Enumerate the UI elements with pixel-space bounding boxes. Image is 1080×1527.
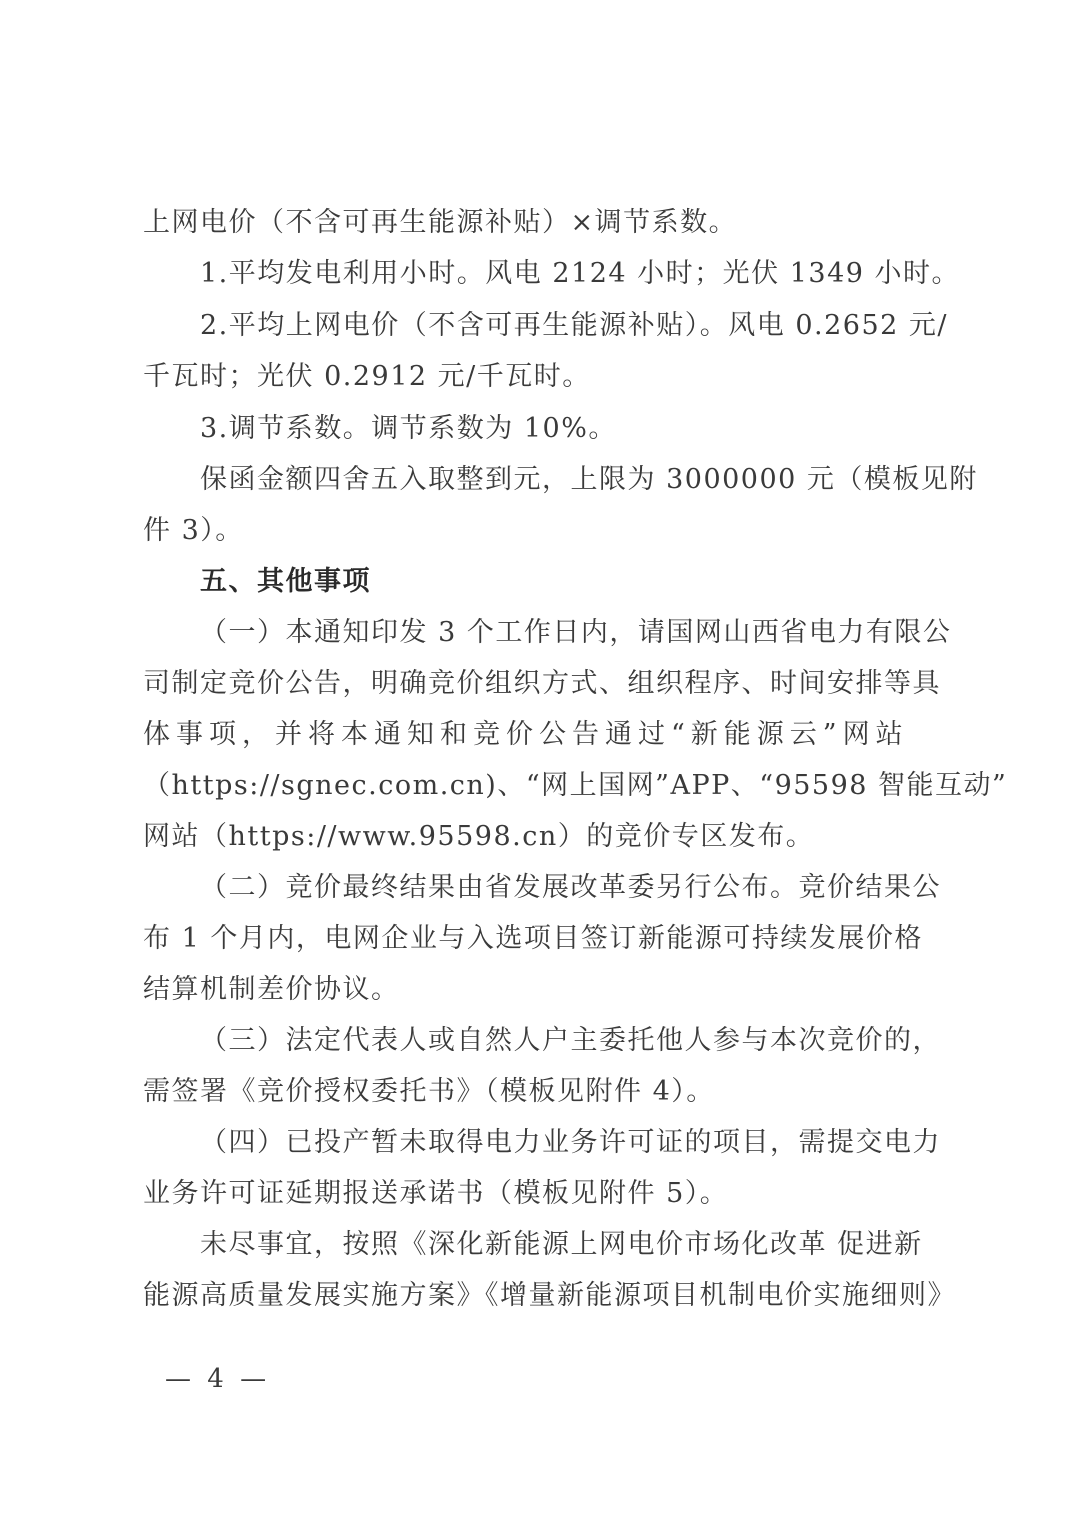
text-line-with-url: 网站（https://www.95598.cn）的竞价专区发布。 [143,819,953,855]
item-1-average-utilization-hours: 1.平均发电利用小时。风电 2124 小时；光伏 1349 小时。 [200,256,1010,292]
clause-1-paragraph: （一）本通知印发 3 个工作日内，请国网山西省电力有限公 [200,615,1010,651]
clause-4-paragraph: （四）已投产暂未取得电力业务许可证的项目，需提交电力 [200,1125,1010,1161]
page-number: — 4 — [165,1362,270,1396]
text-line: 结算机制差价协议。 [143,972,953,1008]
item-2-average-grid-price: 2.平均上网电价（不含可再生能源补贴）。风电 0.2652 元/ [200,308,1010,344]
document-page: 上网电价（不含可再生能源补贴）×调节系数。 1.平均发电利用小时。风电 2124… [0,0,1080,1527]
text-line: 上网电价（不含可再生能源补贴）×调节系数。 [143,205,953,241]
text-line: 能源高质量发展实施方案》《增量新能源项目机制电价实施细则》 [143,1278,953,1314]
text-line: 布 1 个月内，电网企业与入选项目签订新能源可持续发展价格 [143,921,953,957]
text-line: 业务许可证延期报送承诺书（模板见附件 5）。 [143,1176,953,1212]
clause-3-paragraph: （三）法定代表人或自然人户主委托他人参与本次竞价的， [200,1023,1010,1059]
text-line: 体事项，并将本通知和竞价公告通过“新能源云”网站 [143,717,953,753]
text-line: 千瓦时；光伏 0.2912 元/千瓦时。 [143,359,953,395]
text-line-with-url: （https://sgnec.com.cn)、“网上国网”APP、“95598 … [143,768,953,804]
guarantee-amount-paragraph: 保函金额四舍五入取整到元，上限为 3000000 元（模板见附 [200,462,1010,498]
closing-paragraph: 未尽事宜，按照《深化新能源上网电价市场化改革 促进新 [200,1227,1010,1263]
text-line: 司制定竞价公告，明确竞价组织方式、组织程序、时间安排等具 [143,666,953,702]
text-line: 需签署《竞价授权委托书》（模板见附件 4）。 [143,1074,953,1110]
text-line: 件 3）。 [143,513,953,549]
section-heading-other-matters: 五、其他事项 [200,564,1010,600]
clause-2-paragraph: （二）竞价最终结果由省发展改革委另行公布。竞价结果公 [200,870,1010,906]
item-3-adjustment-coefficient: 3.调节系数。调节系数为 10%。 [200,411,1010,447]
